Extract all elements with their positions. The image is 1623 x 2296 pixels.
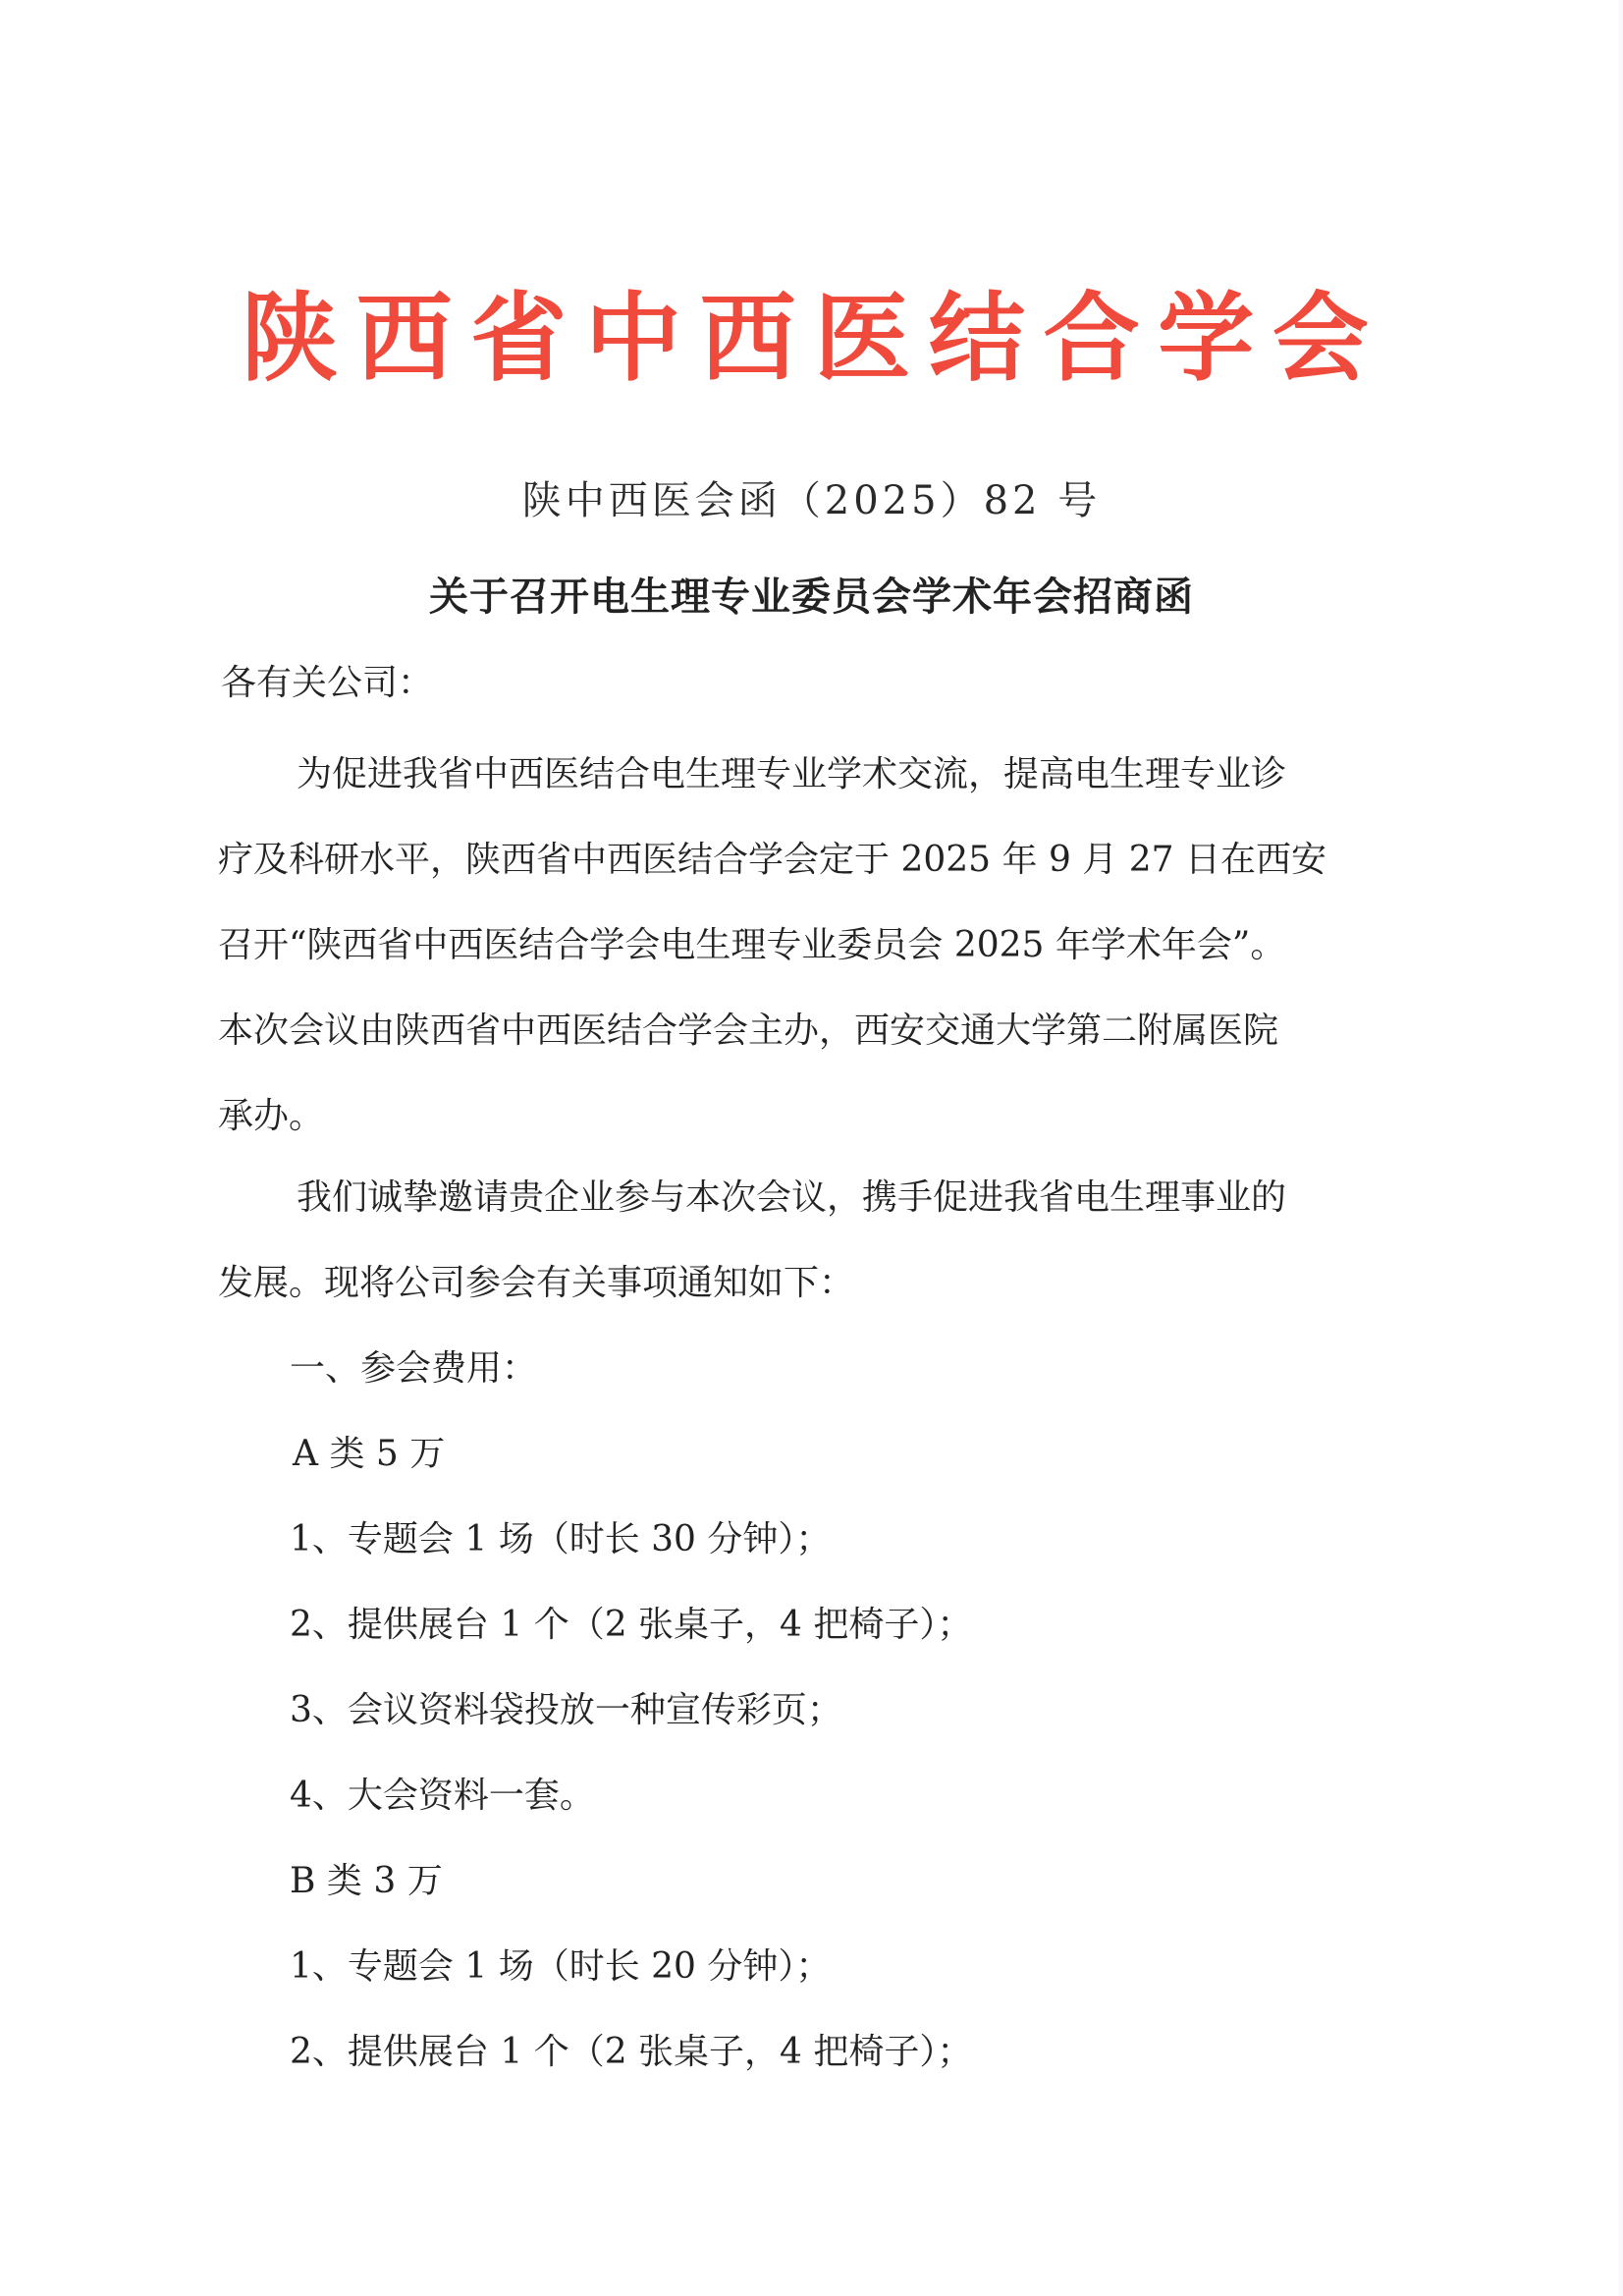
paragraph-line: 发展。现将公司参会有关事项通知如下： bbox=[218, 1240, 1377, 1326]
paragraph-intro: 为促进我省中西医结合电生理专业学术交流，提高电生理专业诊 疗及科研水平，陕西省中… bbox=[218, 732, 1377, 1159]
tier-a-label: A 类 5 万 bbox=[293, 1427, 445, 1482]
salutation: 各有关公司： bbox=[221, 656, 433, 711]
letterhead-char: 陕 bbox=[236, 280, 344, 398]
paragraph-line: 疗及科研水平，陕西省中西医结合学会定于 2025 年 9 月 27 日在西安 bbox=[218, 817, 1377, 902]
letterhead-char: 中 bbox=[579, 280, 687, 398]
letterhead-char: 会 bbox=[1267, 280, 1375, 398]
tier-a-item: 4、大会资料一套。 bbox=[290, 1769, 595, 1824]
document-title: 关于召开电生理专业委员会学术年会招商函 bbox=[0, 568, 1623, 627]
letterhead-char: 合 bbox=[1038, 280, 1146, 398]
paragraph-line: 我们诚挚邀请贵企业参与本次会议，携手促进我省电生理事业的 bbox=[218, 1155, 1377, 1240]
letterhead-char: 结 bbox=[923, 280, 1031, 398]
letterhead-char: 学 bbox=[1152, 280, 1260, 398]
letterhead-char: 医 bbox=[808, 280, 916, 398]
letterhead-char: 省 bbox=[464, 280, 572, 398]
document-number: 陕中西医会函（2025）82 号 bbox=[0, 471, 1623, 530]
org-letterhead: 陕 西 省 中 西 医 结 合 学 会 bbox=[236, 280, 1375, 398]
document-page: 陕 西 省 中 西 医 结 合 学 会 陕中西医会函（2025）82 号 关于召… bbox=[0, 0, 1623, 2296]
tier-b-item: 1、专题会 1 场（时长 20 分钟）； bbox=[290, 1940, 831, 1995]
tier-a-item: 1、专题会 1 场（时长 30 分钟）； bbox=[290, 1512, 831, 1567]
tier-b-item: 2、提供展台 1 个（2 张桌子，4 把椅子）； bbox=[290, 2025, 972, 2080]
tier-a-item: 3、会议资料袋投放一种宣传彩页； bbox=[290, 1683, 842, 1738]
paragraph-line: 为促进我省中西医结合电生理专业学术交流，提高电生理专业诊 bbox=[218, 732, 1377, 817]
section-heading-fees: 一、参会费用： bbox=[290, 1341, 537, 1396]
letterhead-char: 西 bbox=[351, 280, 459, 398]
paragraph-line: 本次会议由陕西省中西医结合学会主办，西安交通大学第二附属医院 bbox=[218, 988, 1377, 1073]
scan-edge-shade bbox=[1617, 0, 1623, 2296]
paragraph-line: 承办。 bbox=[218, 1073, 1377, 1159]
letterhead-char: 西 bbox=[694, 280, 802, 398]
paragraph-invitation: 我们诚挚邀请贵企业参与本次会议，携手促进我省电生理事业的 发展。现将公司参会有关… bbox=[218, 1155, 1377, 1326]
paragraph-line: 召开“陕西省中西医结合学会电生理专业委员会 2025 年学术年会”。 bbox=[218, 902, 1377, 988]
tier-b-label: B 类 3 万 bbox=[290, 1854, 443, 1909]
tier-a-item: 2、提供展台 1 个（2 张桌子，4 把椅子）； bbox=[290, 1598, 972, 1653]
